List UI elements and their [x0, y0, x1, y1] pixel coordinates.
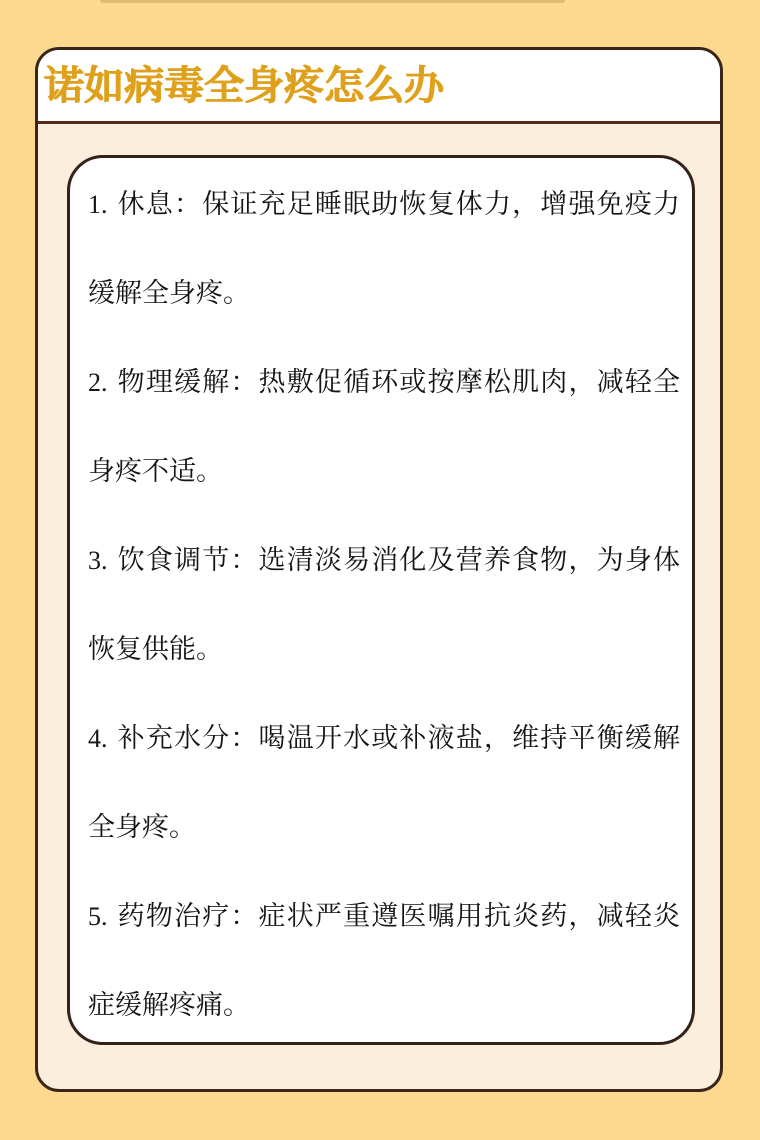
- list-item: 5.药物治疗：症状严重遵医嘱用抗炎药，减轻炎症缓解疼痛。: [88, 872, 680, 1045]
- page-title: 诺如病毒全身疼怎么办: [38, 66, 444, 106]
- list-item: 1.休息：保证充足睡眠助恢复体力，增强免疫力缓解全身疼。: [88, 160, 680, 338]
- list-item: 2.物理缓解：热敷促循环或按摩松肌肉，减轻全身疼不适。: [88, 338, 680, 516]
- top-edge-artifact: [100, 0, 565, 3]
- info-card: 诺如病毒全身疼怎么办 1.休息：保证充足睡眠助恢复体力，增强免疫力缓解全身疼。 …: [35, 47, 723, 1092]
- item-number: 2.: [88, 368, 108, 397]
- card-header: 诺如病毒全身疼怎么办: [38, 50, 720, 124]
- item-text: 药物治疗：症状严重遵医嘱用抗炎药，减轻炎症缓解疼痛。: [88, 901, 680, 1020]
- item-number: 5.: [88, 902, 108, 931]
- list-item: 3.饮食调节：选清淡易消化及营养食物，为身体恢复供能。: [88, 516, 680, 694]
- item-text: 休息：保证充足睡眠助恢复体力，增强免疫力缓解全身疼。: [88, 189, 680, 308]
- page-background: { "card": { "title": "诺如病毒全身疼怎么办", "titl…: [0, 0, 760, 1140]
- item-number: 3.: [88, 546, 108, 575]
- advice-list: 1.休息：保证充足睡眠助恢复体力，增强免疫力缓解全身疼。 2.物理缓解：热敷促循…: [70, 158, 692, 1045]
- item-text: 物理缓解：热敷促循环或按摩松肌肉，减轻全身疼不适。: [88, 367, 680, 486]
- list-item: 4.补充水分：喝温开水或补液盐，维持平衡缓解全身疼。: [88, 694, 680, 872]
- content-panel: 1.休息：保证充足睡眠助恢复体力，增强免疫力缓解全身疼。 2.物理缓解：热敷促循…: [67, 155, 695, 1045]
- item-text: 补充水分：喝温开水或补液盐，维持平衡缓解全身疼。: [88, 723, 680, 842]
- item-number: 1.: [88, 190, 108, 219]
- item-number: 4.: [88, 724, 108, 753]
- item-text: 饮食调节：选清淡易消化及营养食物，为身体恢复供能。: [88, 545, 680, 664]
